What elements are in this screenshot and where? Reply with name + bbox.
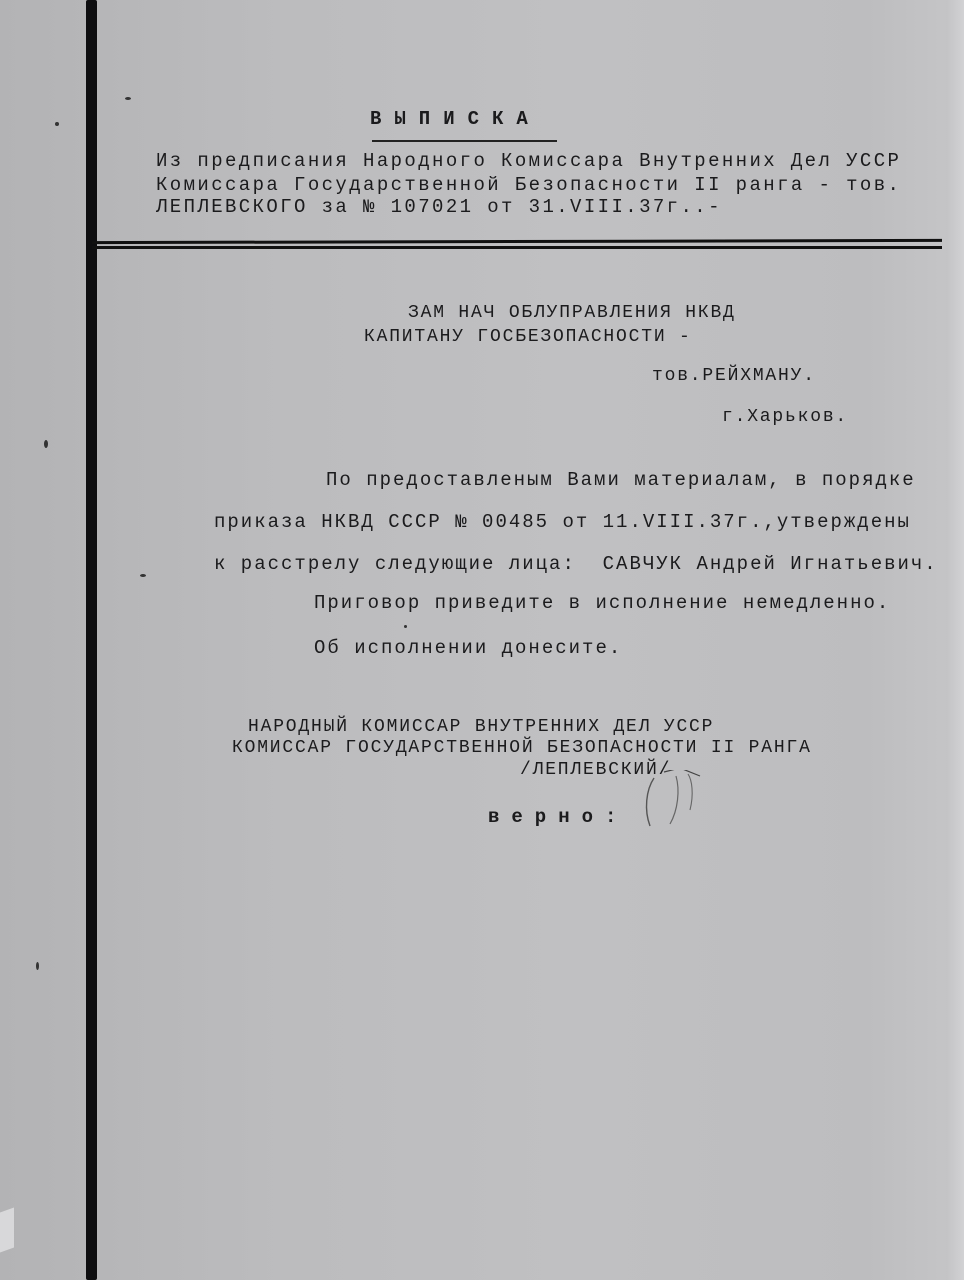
addressee-name: тов.РЕЙХМАНУ.: [652, 366, 816, 386]
header-line-2: Комиссара Государственной Безопасности I…: [156, 174, 901, 196]
addressee-line-2: КАПИТАНУ ГОСБЕЗОПАСНОСТИ -: [364, 327, 692, 347]
ink-speck: [36, 962, 39, 970]
handwritten-signature: [640, 770, 710, 830]
ink-speck: [44, 440, 48, 448]
paper-corner: [0, 1207, 14, 1252]
body-line-3: к расстрелу следующие лица: САВЧУК Андре…: [214, 553, 938, 575]
document-title: ВЫПИСКА: [370, 108, 541, 130]
title-underline: [372, 140, 557, 142]
ink-speck: [125, 97, 131, 100]
body-line-2: приказа НКВД СССР № 00485 от 11.VIII.37г…: [214, 511, 911, 533]
margin-line: [86, 0, 97, 1280]
body-line-4: Приговор приведите в исполнение немедлен…: [314, 592, 890, 614]
addressee-city: г.Харьков.: [722, 407, 848, 427]
signature-title-2: КОМИССАР ГОСУДАРСТВЕННОЙ БЕЗОПАСНОСТИ II…: [232, 738, 812, 758]
ink-speck: [404, 625, 407, 628]
page-edge: [946, 0, 964, 1280]
ink-speck: [55, 122, 59, 126]
addressee-line-1: ЗАМ НАЧ ОБЛУПРАВЛЕНИЯ НКВД: [408, 303, 736, 323]
header-line-1: Из предписания Народного Комиссара Внутр…: [156, 150, 901, 172]
header-rule-bottom: [92, 246, 942, 249]
body-line-1: По предоставленым Вами материалам, в пор…: [326, 469, 916, 491]
certification-label: верно:: [488, 806, 628, 828]
ink-speck: [140, 574, 146, 577]
body-line-5: Об исполнении донесите.: [314, 637, 622, 659]
signature-title-1: НАРОДНЫЙ КОМИССАР ВНУТРЕННИХ ДЕЛ УССР: [248, 717, 714, 737]
header-line-3: ЛЕПЛЕВСКОГО за № 107021 от 31.VIII.37г..…: [156, 196, 722, 218]
